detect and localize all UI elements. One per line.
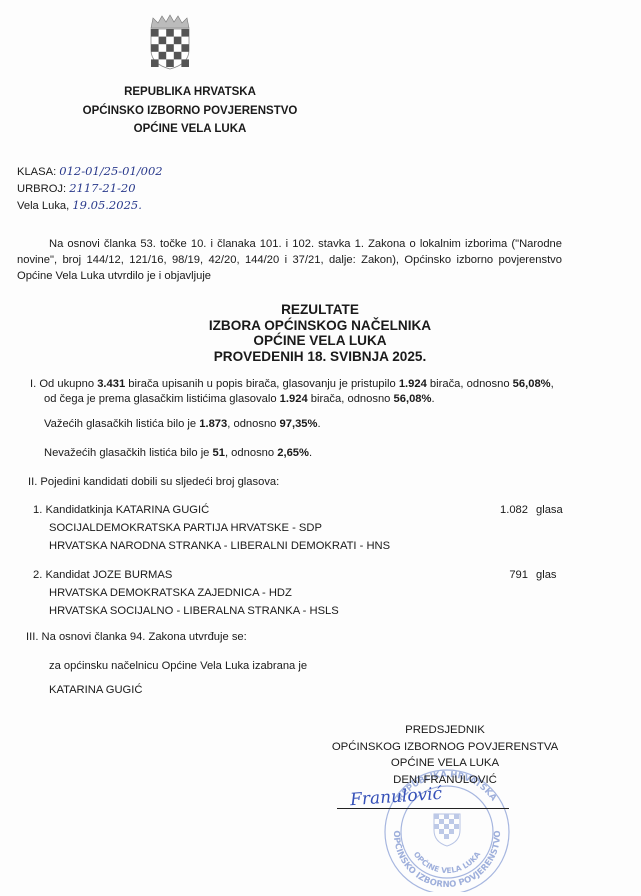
candidate-2-party-2: HRVATSKA SOCIJALNO - LIBERALNA STRANKA -… bbox=[49, 605, 339, 617]
text: od čega je prema glasačkim listićima gla… bbox=[44, 393, 280, 405]
place-date-row: Vela Luka, 19.05.2025. bbox=[17, 198, 142, 212]
signature-line-2: OPĆINSKOG IZBORNOG POVJERENSTVA bbox=[300, 739, 590, 756]
candidate-2-votes-word: glas bbox=[536, 569, 557, 581]
text: birača upisanih u popis birača, glasovan… bbox=[125, 378, 399, 390]
title-line-1: REZULTATE bbox=[120, 302, 520, 318]
text: . bbox=[309, 447, 312, 459]
candidate-1-label: 1. Kandidatkinja KATARINA GUGIĆ bbox=[33, 504, 209, 516]
title-line-3: OPĆINE VELA LUKA bbox=[120, 333, 520, 349]
valid-ballots: 1.873 bbox=[199, 418, 227, 430]
signature-line-1: PREDSJEDNIK bbox=[300, 722, 590, 739]
text: , odnosno bbox=[225, 447, 277, 459]
title-line-2: IZBORA OPĆINSKOG NAČELNIKA bbox=[120, 318, 520, 334]
urbroj-row: URBROJ: 2117-21-20 bbox=[17, 181, 136, 195]
header-line-3: OPĆINE VELA LUKA bbox=[90, 123, 290, 135]
invalid-pct: 2,65% bbox=[277, 447, 309, 459]
urbroj-value: 2117-21-20 bbox=[69, 181, 135, 195]
header-line-1: REPUBLIKA HRVATSKA bbox=[90, 86, 290, 98]
candidate-1-party-2: HRVATSKA NARODNA STRANKA - LIBERALNI DEM… bbox=[49, 540, 390, 552]
candidate-1-party-1: SOCIJALDEMOKRATSKA PARTIJA HRVATSKE - SD… bbox=[49, 522, 322, 534]
text: Nevažećih glasačkih listića bilo je bbox=[44, 447, 213, 459]
title-line-4: PROVEDENIH 18. SVIBNJA 2025. bbox=[120, 349, 520, 365]
elected-candidate: KATARINA GUGIĆ bbox=[49, 684, 142, 696]
signature-line-4: DENI FRANULOVIĆ bbox=[300, 772, 590, 789]
coat-of-arms-icon bbox=[148, 14, 192, 70]
text: Od ukupno bbox=[39, 378, 97, 390]
ballot-voters: 1.924 bbox=[280, 393, 308, 405]
klasa-row: KLASA: 012-01/25-01/002 bbox=[17, 164, 163, 178]
candidate-2-party-1: HRVATSKA DEMOKRATSKA ZAJEDNICA - HDZ bbox=[49, 587, 292, 599]
text: . bbox=[317, 418, 320, 430]
klasa-label: KLASA: bbox=[17, 166, 56, 178]
text: birača, odnosno bbox=[308, 393, 394, 405]
valid-ballots-line: Važećih glasačkih listića bilo je 1.873,… bbox=[44, 418, 321, 430]
klasa-value: 012-01/25-01/002 bbox=[59, 164, 162, 178]
intro-paragraph: Na osnovi članka 53. točke 10. i članaka… bbox=[17, 236, 562, 284]
section-3-statement: za općinsku načelnicu Općine Vela Luka i… bbox=[49, 660, 307, 672]
section-3-heading: III. Na osnovi članka 94. Zakona utvrđuj… bbox=[26, 631, 247, 643]
invalid-ballots: 51 bbox=[213, 447, 225, 459]
candidate-2-label: 2. Kandidat JOZE BURMAS bbox=[33, 569, 172, 581]
svg-text:OPĆINSKO IZBORNO POVJERENSTVO: OPĆINSKO IZBORNO POVJERENSTVO bbox=[391, 830, 503, 890]
section-2-heading: II. Pojedini kandidati dobili su sljedeć… bbox=[28, 476, 279, 488]
text: Važećih glasačkih listića bilo je bbox=[44, 418, 199, 430]
section-1-line-1: I. Od ukupno 3.431 birača upisanih u pop… bbox=[30, 378, 554, 390]
signature-line bbox=[337, 808, 509, 809]
text: , bbox=[551, 378, 554, 390]
date-value: 19.05.2025. bbox=[72, 198, 142, 212]
signature-block: PREDSJEDNIK OPĆINSKOG IZBORNOG POVJERENS… bbox=[300, 722, 590, 788]
ballot-pct: 56,08% bbox=[394, 393, 432, 405]
urbroj-label: URBROJ: bbox=[17, 183, 66, 195]
place-label: Vela Luka, bbox=[17, 200, 69, 212]
turnout-pct: 56,08% bbox=[513, 378, 551, 390]
registered-voters: 3.431 bbox=[97, 378, 125, 390]
section-1-line-2: od čega je prema glasačkim listićima gla… bbox=[44, 393, 435, 405]
document-title: REZULTATE IZBORA OPĆINSKOG NAČELNIKA OPĆ… bbox=[120, 302, 520, 364]
text: , odnosno bbox=[227, 418, 279, 430]
header-line-2: OPĆINSKO IZBORNO POVJERENSTVO bbox=[60, 105, 320, 117]
candidate-2-votes: 791 bbox=[490, 569, 528, 581]
section-1-numeral: I. bbox=[30, 378, 36, 390]
text: birača, odnosno bbox=[427, 378, 513, 390]
candidate-1-votes: 1.082 bbox=[490, 504, 528, 516]
candidate-1-votes-word: glasa bbox=[536, 504, 563, 516]
turnout-voters: 1.924 bbox=[399, 378, 427, 390]
text: . bbox=[431, 393, 434, 405]
signature-line-3: OPĆINE VELA LUKA bbox=[300, 755, 590, 772]
valid-pct: 97,35% bbox=[280, 418, 318, 430]
invalid-ballots-line: Nevažećih glasačkih listića bilo je 51, … bbox=[44, 447, 312, 459]
